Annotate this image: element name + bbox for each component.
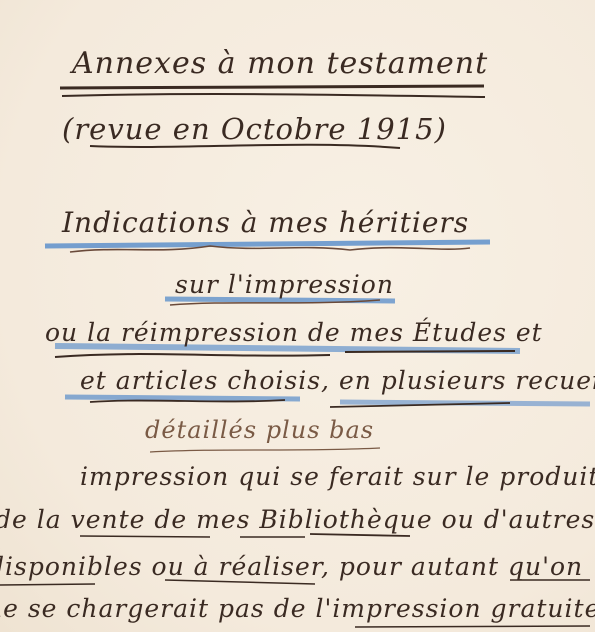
heading-indications: Indications à mes héritiers bbox=[62, 206, 469, 239]
manuscript-paper bbox=[0, 0, 595, 632]
body-line-1: impression qui se ferait sur le produit bbox=[80, 462, 595, 491]
body-line-4: ne se chargerait pas de l'impression gra… bbox=[0, 594, 595, 623]
manuscript-title: Annexes à mon testament bbox=[72, 46, 488, 81]
heading-impression: sur l'impression bbox=[175, 270, 394, 299]
body-line-2: de la vente de mes Bibliothèque ou d'aut… bbox=[0, 505, 595, 534]
revision-note: (revue en Octobre 1915) bbox=[62, 112, 447, 146]
body-line-3: disponibles ou à réaliser, pour autant q… bbox=[0, 552, 583, 581]
heading-details: détaillés plus bas bbox=[145, 416, 374, 444]
heading-articles: et articles choisis, en plusieurs recuei… bbox=[80, 366, 595, 395]
heading-reimpression: ou la réimpression de mes Études et bbox=[45, 318, 543, 347]
